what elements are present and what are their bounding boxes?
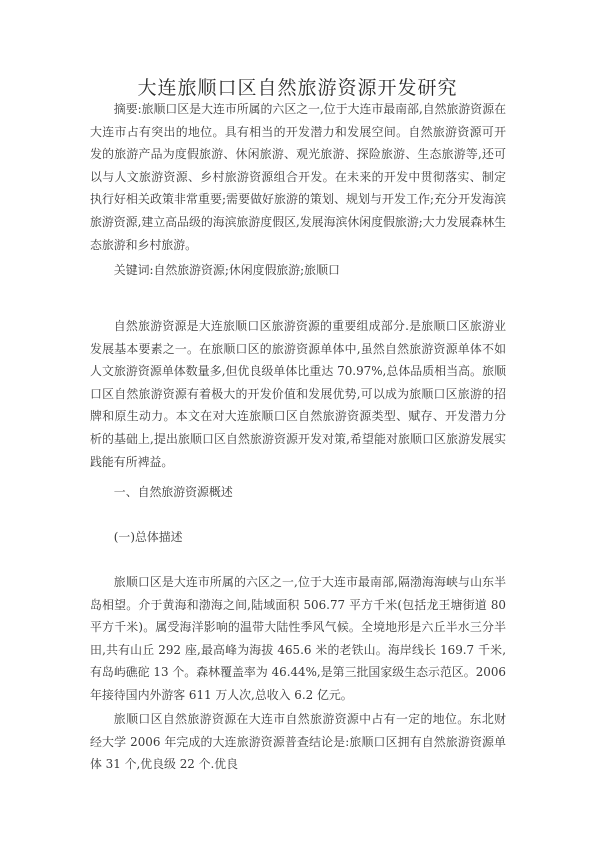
intro-paragraph: 自然旅游资源是大连旅顺口区旅游资源的重要组成部分.是旅顺口区旅游业发展基本要素之… (90, 315, 506, 473)
document-title: 大连旅顺口区自然旅游资源开发研究 (0, 76, 595, 100)
section-heading-1: 一、自然旅游资源概述 (90, 481, 506, 503)
subsection-heading-1: (一)总体描述 (90, 526, 506, 548)
overview-paragraph: 旅顺口区是大连市所属的六区之一,位于大连市最南部,隔渤海海峡与山东半岛相望。介于… (90, 571, 506, 707)
status-paragraph: 旅顺口区自然旅游资源在大连市自然旅游资源中占有一定的地位。东北财经大学 2006… (90, 708, 506, 776)
abstract-paragraph: 摘要:旅顺口区是大连市所属的六区之一,位于大连市最南部,自然旅游资源在大连市占有… (90, 98, 506, 256)
document-page: 大连旅顺口区自然旅游资源开发研究 摘要:旅顺口区是大连市所属的六区之一,位于大连… (0, 0, 595, 842)
keywords-paragraph: 关键词:自然旅游资源;休闲度假旅游;旅顺口 (90, 259, 506, 282)
